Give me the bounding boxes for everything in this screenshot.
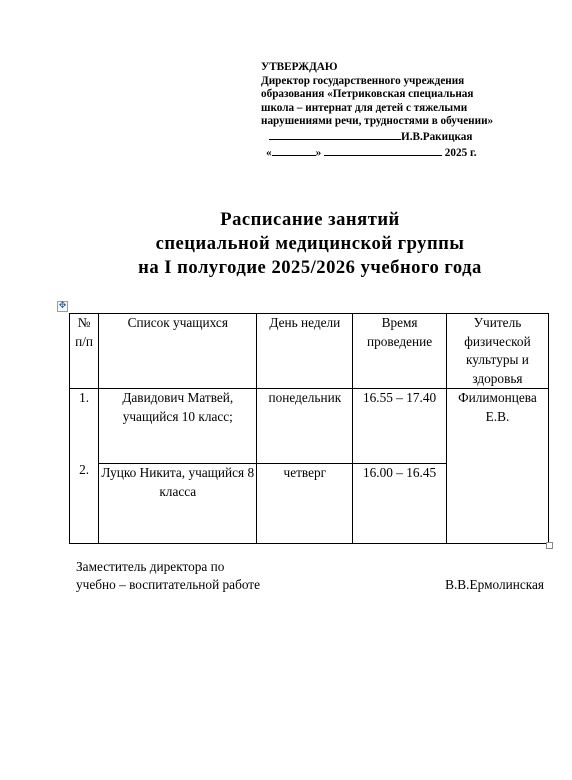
- table-resize-handle[interactable]: [546, 542, 553, 549]
- director-signature-line: И.В.Ракицкая: [261, 129, 493, 145]
- row-num: 2.: [70, 464, 99, 544]
- row-student: Луцко Никита, учащийся 8 класса: [99, 464, 257, 544]
- row-num: 1.: [70, 389, 99, 464]
- approval-year: 2025 г.: [445, 147, 477, 159]
- schedule-table: № п/п Список учащихся День недели Время …: [69, 313, 549, 544]
- month-blank: [324, 145, 442, 156]
- row-day: четверг: [257, 464, 353, 544]
- row-student: Давидович Матвей, учащийся 10 класс;: [99, 389, 257, 464]
- director-name: И.В.Ракицкая: [401, 131, 472, 143]
- table-row: 1. Давидович Матвей, учащийся 10 класс; …: [70, 389, 549, 464]
- row-time: 16.00 – 16.45: [353, 464, 447, 544]
- approval-heading: УТВЕРЖДАЮ: [261, 61, 493, 75]
- footer-signature: Заместитель директора по учебно – воспит…: [76, 558, 544, 594]
- approval-line: школа – интернат для детей с тяжелыми: [261, 102, 493, 116]
- header-day: День недели: [257, 314, 353, 389]
- header-time: Время проведение: [353, 314, 447, 389]
- signature-blank: [269, 129, 401, 140]
- table-move-handle-icon[interactable]: ✥: [57, 301, 68, 312]
- approval-line: образования «Петриковская специальная: [261, 88, 493, 102]
- row-day: понедельник: [257, 389, 353, 464]
- day-blank: [272, 145, 316, 156]
- approval-block: УТВЕРЖДАЮ Директор государственного учре…: [261, 61, 493, 160]
- footer-position-line1: Заместитель директора по: [76, 558, 544, 576]
- header-num: № п/п: [70, 314, 99, 389]
- table-header-row: № п/п Список учащихся День недели Время …: [70, 314, 549, 389]
- header-teacher: Учитель физической культуры и здоровья: [446, 314, 548, 389]
- row-time: 16.55 – 17.40: [353, 389, 447, 464]
- footer-signer: В.В.Ермолинская: [445, 576, 544, 594]
- approval-line: нарушениями речи, трудностями в обучении…: [261, 115, 493, 129]
- teacher-cell: Филимонцева Е.В.: [446, 389, 548, 544]
- document-title: Расписание занятий специальной медицинск…: [0, 208, 572, 280]
- header-students: Список учащихся: [99, 314, 257, 389]
- approval-date-line: «» 2025 г.: [261, 145, 493, 161]
- footer-position-line2: учебно – воспитательной работе: [76, 576, 260, 594]
- approval-line: Директор государственного учреждения: [261, 75, 493, 89]
